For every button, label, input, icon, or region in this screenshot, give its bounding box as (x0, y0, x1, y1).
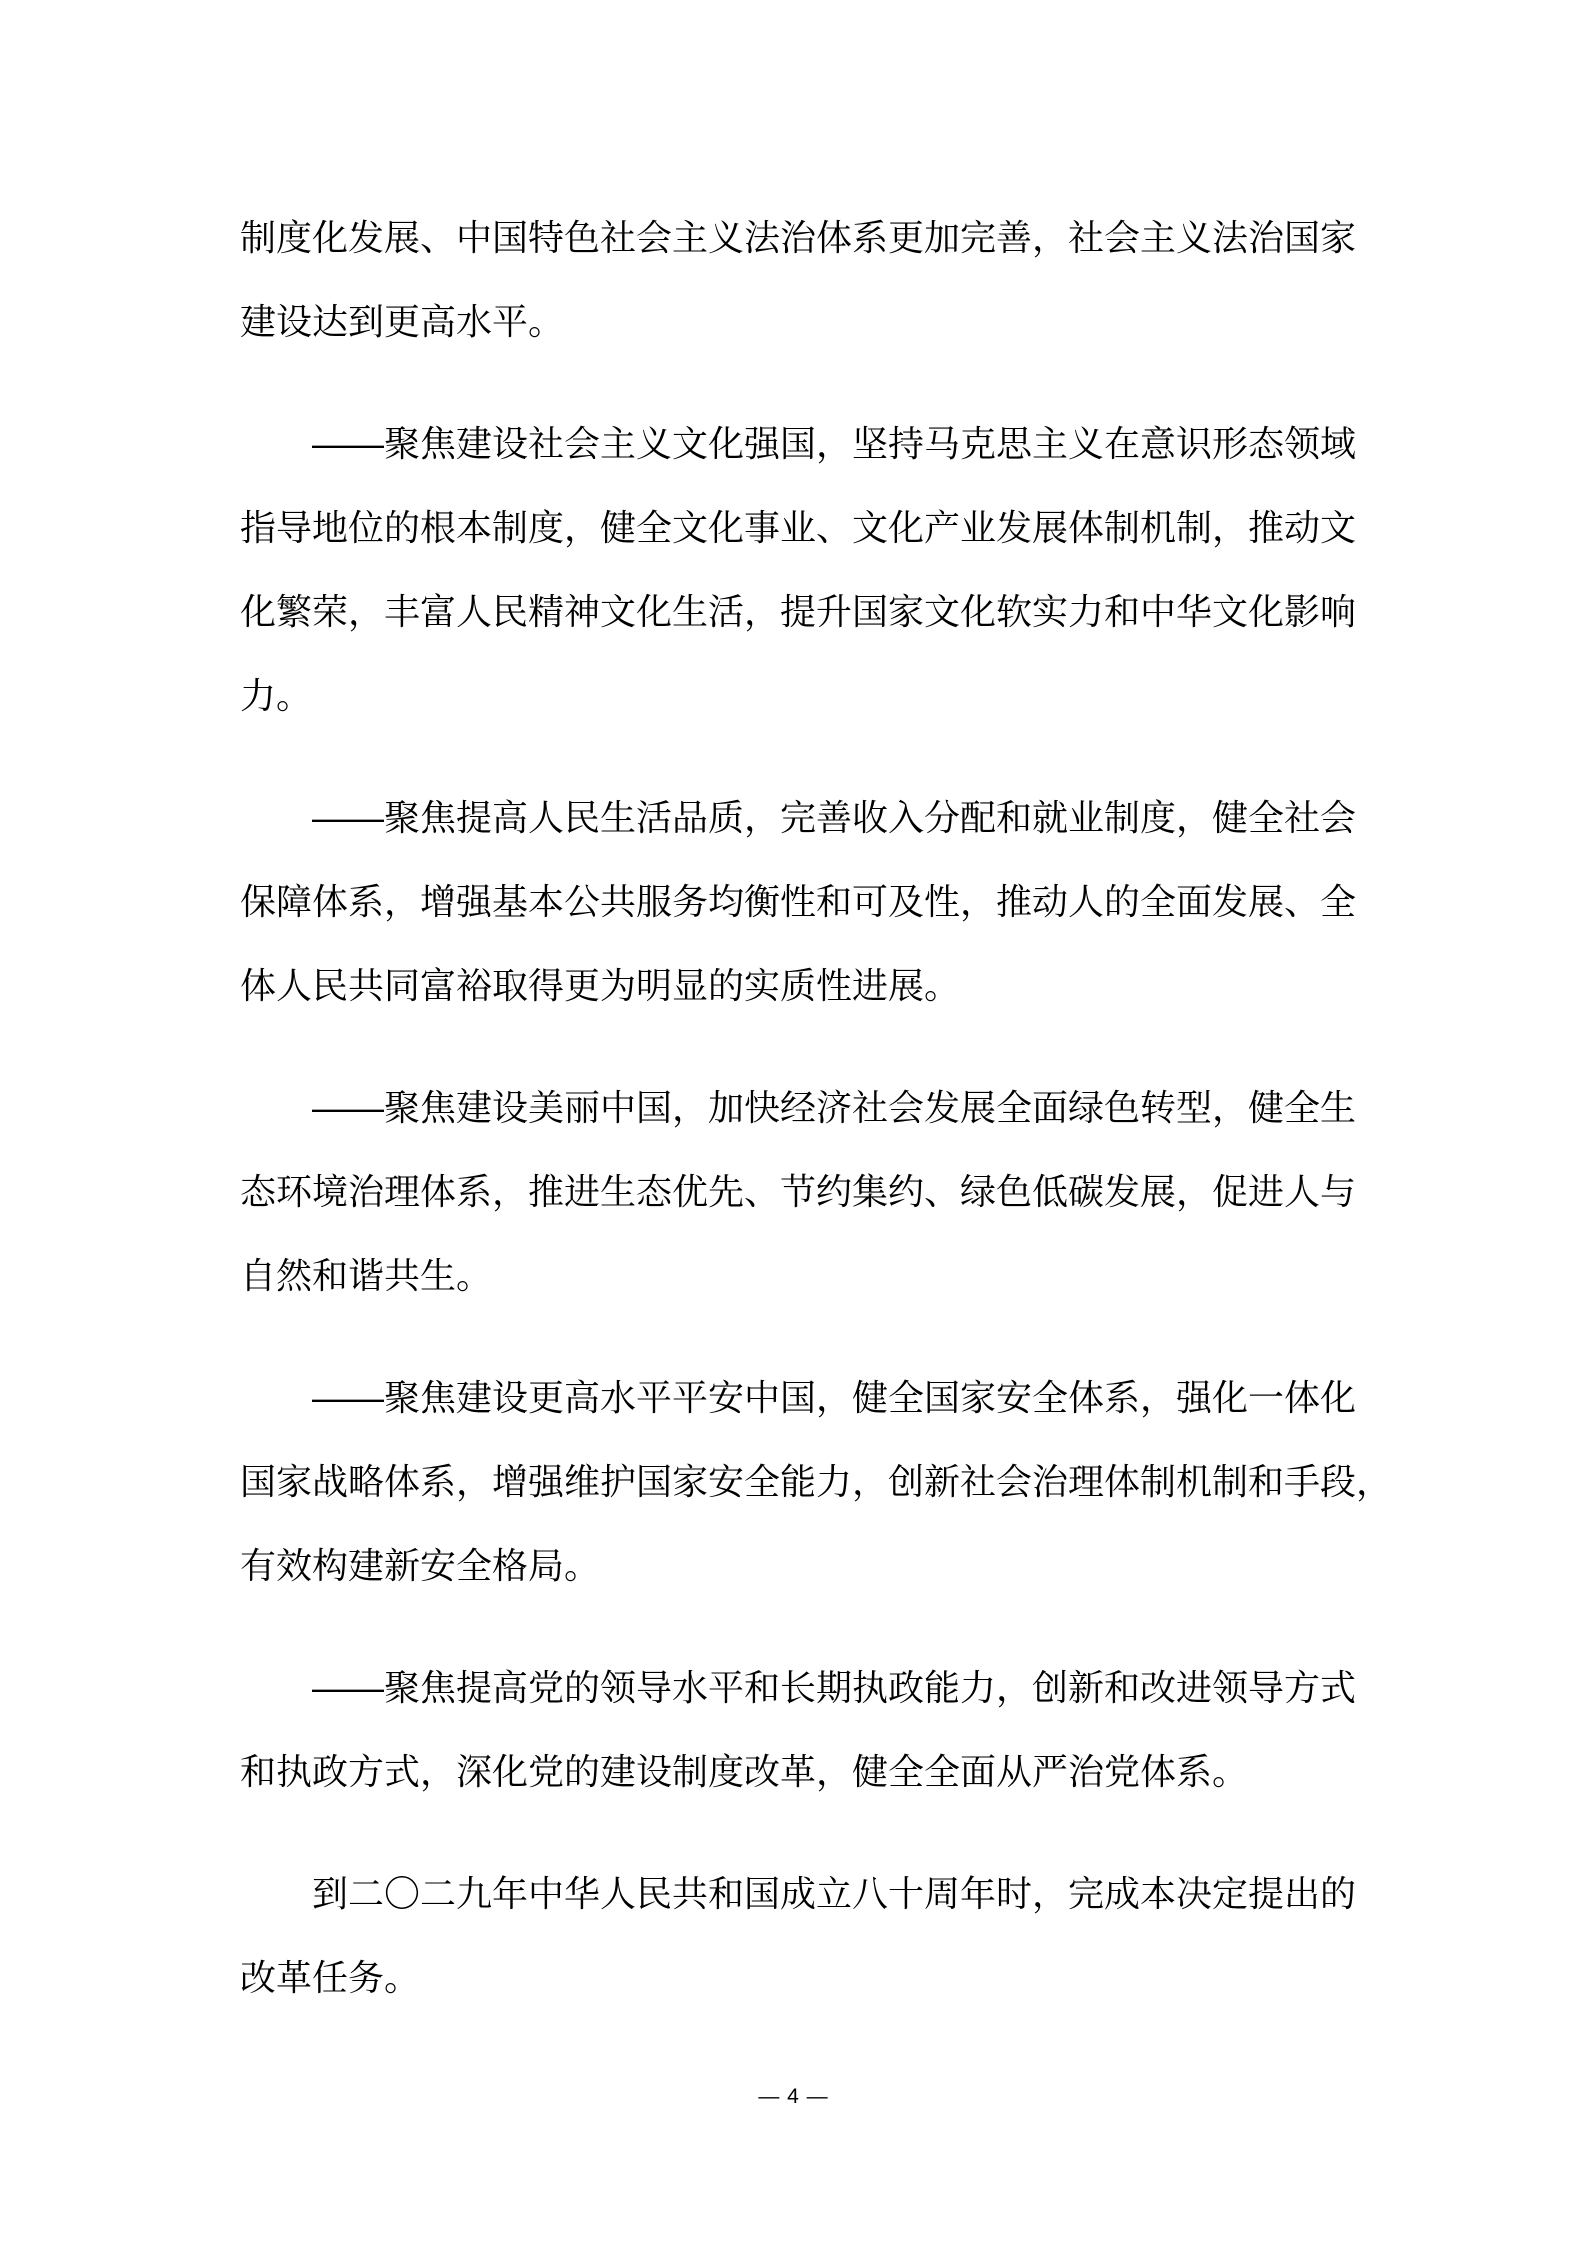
text-line: 自然和谐共生。 (240, 1234, 1347, 1318)
text-line: 有效构建新安全格局。 (240, 1524, 1347, 1608)
text-line: 态环境治理体系，推进生态优先、节约集约、绿色低碳发展，促进人与 (240, 1150, 1347, 1234)
text-line: 化繁荣，丰富人民精神文化生活，提升国家文化软实力和中华文化影响 (240, 570, 1347, 654)
text-line: ——聚焦提高人民生活品质，完善收入分配和就业制度，健全社会 (240, 776, 1347, 860)
text-line: 制度化发展、中国特色社会主义法治体系更加完善，社会主义法治国家 (240, 196, 1347, 280)
text-line: 保障体系，增强基本公共服务均衡性和可及性，推动人的全面发展、全 (240, 860, 1347, 944)
text-line: ——聚焦建设美丽中国，加快经济社会发展全面绿色转型，健全生 (240, 1066, 1347, 1150)
text-line: 改革任务。 (240, 1936, 1347, 2020)
text-line: 指导地位的根本制度，健全文化事业、文化产业发展体制机制，推动文 (240, 486, 1347, 570)
paragraph: ——聚焦提高党的领导水平和长期执政能力，创新和改进领导方式 和执政方式，深化党的… (240, 1646, 1347, 1814)
paragraph: 制度化发展、中国特色社会主义法治体系更加完善，社会主义法治国家 建设达到更高水平… (240, 196, 1347, 364)
paragraph: ——聚焦提高人民生活品质，完善收入分配和就业制度，健全社会 保障体系，增强基本公… (240, 776, 1347, 1028)
text-line: ——聚焦建设社会主义文化强国，坚持马克思主义在意识形态领域 (240, 402, 1347, 486)
text-line: 国家战略体系，增强维护国家安全能力，创新社会治理体制机制和手段， (240, 1440, 1347, 1524)
page-number: — 4 — (240, 2082, 1347, 2112)
paragraph: ——聚焦建设社会主义文化强国，坚持马克思主义在意识形态领域 指导地位的根本制度，… (240, 402, 1347, 738)
text-line: ——聚焦提高党的领导水平和长期执政能力，创新和改进领导方式 (240, 1646, 1347, 1730)
paragraph: ——聚焦建设美丽中国，加快经济社会发展全面绿色转型，健全生 态环境治理体系，推进… (240, 1066, 1347, 1318)
paragraph: ——聚焦建设更高水平平安中国，健全国家安全体系，强化一体化 国家战略体系，增强维… (240, 1356, 1347, 1608)
text-line: 到二〇二九年中华人民共和国成立八十周年时，完成本决定提出的 (240, 1852, 1347, 1936)
text-line: 体人民共同富裕取得更为明显的实质性进展。 (240, 944, 1347, 1028)
text-line: 力。 (240, 654, 1347, 738)
paragraph: 到二〇二九年中华人民共和国成立八十周年时，完成本决定提出的 改革任务。 (240, 1852, 1347, 2020)
text-line: 建设达到更高水平。 (240, 280, 1347, 364)
text-line: 和执政方式，深化党的建设制度改革，健全全面从严治党体系。 (240, 1730, 1347, 1814)
document-page: 制度化发展、中国特色社会主义法治体系更加完善，社会主义法治国家 建设达到更高水平… (0, 0, 1587, 2245)
text-line: ——聚焦建设更高水平平安中国，健全国家安全体系，强化一体化 (240, 1356, 1347, 1440)
